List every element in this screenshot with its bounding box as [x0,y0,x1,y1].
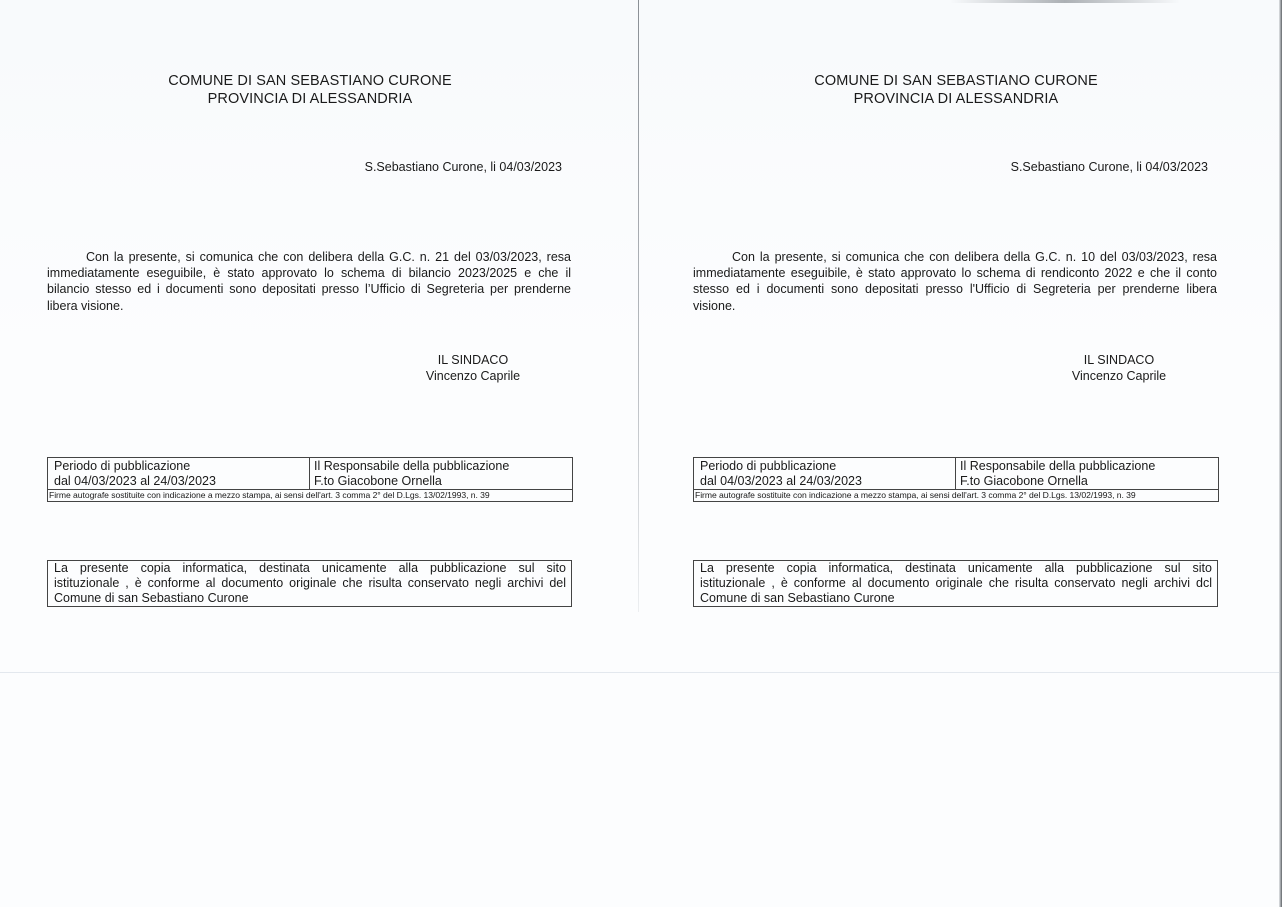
province-name: PROVINCIA DI ALESSANDRIA [47,90,573,108]
publication-responsible-value: F.to Giacobone Ornella [314,474,572,489]
publication-period-cell: Periodo di pubblicazione dal 04/03/2023 … [48,458,310,489]
signature-title: IL SINDACO [1069,352,1169,368]
publication-row: Periodo di pubblicazione dal 04/03/2023 … [694,458,1218,490]
signature-block: IL SINDACO Vincenzo Caprile [1069,352,1169,384]
publication-period-label: Periodo di pubblicazione [54,459,309,474]
publication-period-value: dal 04/03/2023 al 24/03/2023 [700,474,955,489]
copy-notice-line1: La presente copia informatica, destinata… [54,561,566,576]
publication-period-label: Periodo di pubblicazione [700,459,955,474]
copy-conformity-notice: La presente copia informatica, destinata… [693,560,1218,607]
signature-name: Vincenzo Caprile [423,368,523,384]
page-fold-horizontal [0,672,1282,673]
signature-block: IL SINDACO Vincenzo Caprile [423,352,523,384]
notice-page-rendiconto: COMUNE DI SAN SEBASTIANO CURONE PROVINCI… [693,0,1219,640]
copy-conformity-notice: La presente copia informatica, destinata… [47,560,572,607]
municipality-header: COMUNE DI SAN SEBASTIANO CURONE PROVINCI… [47,72,573,108]
publication-table: Periodo di pubblicazione dal 04/03/2023 … [693,457,1219,502]
page-divider-vertical [638,0,639,612]
signature-law-note: Firme autografe sostituite con indicazio… [694,490,1218,501]
municipality-name: COMUNE DI SAN SEBASTIANO CURONE [693,72,1219,90]
copy-notice-line1: La presente copia informatica, destinata… [700,561,1212,576]
place-date: S.Sebastiano Curone, li 04/03/2023 [1011,159,1208,175]
publication-table: Periodo di pubblicazione dal 04/03/2023 … [47,457,573,502]
signature-name: Vincenzo Caprile [1069,368,1169,384]
municipality-header: COMUNE DI SAN SEBASTIANO CURONE PROVINCI… [693,72,1219,108]
publication-responsible-cell: Il Responsabile della pubblicazione F.to… [310,458,572,489]
publication-responsible-value: F.to Giacobone Ornella [960,474,1218,489]
publication-responsible-label: Il Responsabile della pubblicazione [960,459,1218,474]
publication-row: Periodo di pubblicazione dal 04/03/2023 … [48,458,572,490]
notice-body: Con la presente, si comunica che con del… [47,249,571,314]
municipality-name: COMUNE DI SAN SEBASTIANO CURONE [47,72,573,90]
notice-body: Con la presente, si comunica che con del… [693,249,1217,314]
signature-title: IL SINDACO [423,352,523,368]
copy-notice-rest: istituzionale , è conforme al documento … [54,576,566,605]
publication-responsible-label: Il Responsabile della pubblicazione [314,459,572,474]
notice-page-bilancio: COMUNE DI SAN SEBASTIANO CURONE PROVINCI… [47,0,573,640]
copy-notice-rest: istituzionale , è conforme al documento … [700,576,1212,605]
place-date: S.Sebastiano Curone, li 04/03/2023 [365,159,562,175]
province-name: PROVINCIA DI ALESSANDRIA [693,90,1219,108]
publication-period-cell: Periodo di pubblicazione dal 04/03/2023 … [694,458,956,489]
publication-period-value: dal 04/03/2023 al 24/03/2023 [54,474,309,489]
publication-responsible-cell: Il Responsabile della pubblicazione F.to… [956,458,1218,489]
signature-law-note: Firme autografe sostituite con indicazio… [48,490,572,501]
